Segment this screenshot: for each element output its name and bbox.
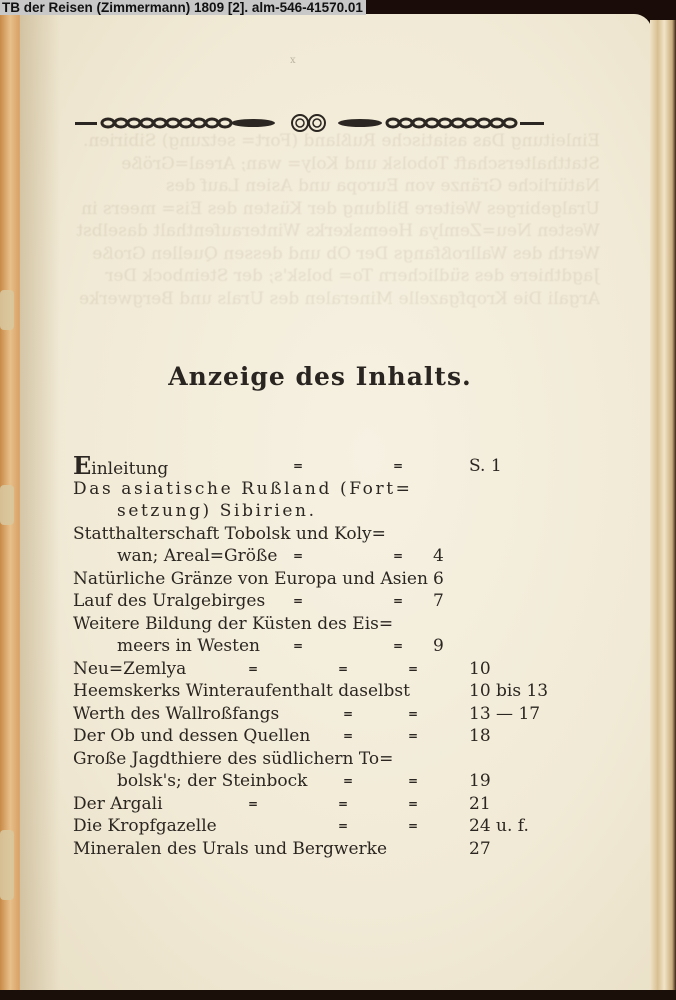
leader-mark: = [393, 635, 403, 658]
leader-mark: = [393, 455, 403, 478]
leader-mark: = [343, 703, 353, 726]
toc-entry-title: Neu=Zemlya [73, 658, 186, 681]
toc-entry: Weitere Bildung der Küsten des Eis= [73, 613, 573, 636]
toc-entry-title: bolsk's; der Steinbock [117, 770, 307, 793]
toc-entry: Statthalterschaft Tobolsk und Koly= [73, 523, 573, 546]
binding-thread [0, 485, 14, 525]
toc-entry: meers in Westen = = 9 [73, 635, 573, 658]
leader-mark: = [293, 635, 303, 658]
leader-mark: = [338, 793, 348, 816]
toc-entry-page: 18 [469, 725, 491, 748]
leader-mark: = [408, 770, 418, 793]
toc-entry: Große Jagdthiere des südlichern To= [73, 748, 573, 771]
leader-mark: = [248, 658, 258, 681]
toc-entry-page: 9 [433, 635, 444, 658]
toc-entry-title: Das asiatische Rußland (Fort= [73, 478, 413, 501]
leader-mark: = [393, 545, 403, 568]
toc-entry-page: 13 — 17 [469, 703, 540, 726]
chain-ornament-divider [75, 112, 545, 134]
toc-entry-page: 24 u. f. [469, 815, 529, 838]
leader-mark: = [408, 658, 418, 681]
toc-entry: Einleitung = = S. 1 [73, 455, 573, 478]
leader-mark: = [393, 590, 403, 613]
toc-entry-title: Große Jagdthiere des südlichern To= [73, 748, 393, 771]
toc-entry-title: Der Argali [73, 793, 163, 816]
toc-entry-page: 19 [469, 770, 491, 793]
toc-entry-title: Lauf des Uralgebirges [73, 590, 265, 613]
toc-entry-page: 4 [433, 545, 444, 568]
binding-thread [0, 830, 14, 900]
leader-mark: = [408, 725, 418, 748]
toc-entry-title: Die Kropfgazelle [73, 815, 217, 838]
toc-entry: Neu=Zemlya = = = 10 [73, 658, 573, 681]
toc-entry: Mineralen des Urals und Bergwerke 27 [73, 838, 573, 861]
toc-entry: wan; Areal=Größe = = 4 [73, 545, 573, 568]
leader-mark: = [338, 658, 348, 681]
toc-entry: Heemskerks Winteraufenthalt daselbst 10 … [73, 680, 573, 703]
toc-entry-title: setzung) Sibirien. [117, 500, 317, 523]
leader-mark: = [293, 545, 303, 568]
toc-entry-page: 6 [433, 568, 444, 591]
leader-mark: = [293, 455, 303, 478]
toc-entry-title: Werth des Wallroßfangs [73, 703, 279, 726]
bottom-edge [0, 990, 676, 1000]
toc-entry-title: Natürliche Gränze von Europa und Asien [73, 568, 428, 591]
binding-thread [0, 290, 14, 330]
toc-entry-title: wan; Areal=Größe [117, 545, 277, 568]
leader-mark: = [408, 793, 418, 816]
page-title: Anzeige des Inhalts. [150, 362, 490, 391]
toc-entry: setzung) Sibirien. [73, 500, 573, 523]
toc-entry-page: 21 [469, 793, 491, 816]
toc-entry: Die Kropfgazelle = = 24 u. f. [73, 815, 573, 838]
toc-entry: Werth des Wallroßfangs = = 13 — 17 [73, 703, 573, 726]
toc-entry: bolsk's; der Steinbock = = 19 [73, 770, 573, 793]
page-gutter-shadow [20, 14, 60, 990]
toc-entry: Natürliche Gränze von Europa und Asien 6 [73, 568, 573, 591]
toc-entry-title: meers in Westen [117, 635, 260, 658]
toc-entry-title: Statthalterschaft Tobolsk und Koly= [73, 523, 386, 546]
toc-entry: Der Ob und dessen Quellen = = 18 [73, 725, 573, 748]
toc-entry-page: 10 bis 13 [469, 680, 548, 703]
signature-mark: x [290, 55, 310, 65]
leader-mark: = [408, 703, 418, 726]
leader-mark: = [338, 815, 348, 838]
toc-entry: Das asiatische Rußland (Fort= [73, 478, 573, 501]
leader-mark: = [408, 815, 418, 838]
image-caption: TB der Reisen (Zimmermann) 1809 [2]. alm… [0, 0, 366, 15]
toc-entry-title: Heemskerks Winteraufenthalt daselbst [73, 680, 410, 703]
leader-mark: = [343, 770, 353, 793]
toc-entry-title: Der Ob und dessen Quellen [73, 725, 310, 748]
toc-entry-page: S. 1 [469, 455, 502, 478]
toc-entry-title: Mineralen des Urals und Bergwerke [73, 838, 387, 861]
leader-mark: = [248, 793, 258, 816]
toc-entry: Lauf des Uralgebirges = = 7 [73, 590, 573, 613]
toc-entry: Der Argali = = = 21 [73, 793, 573, 816]
leader-mark: = [293, 590, 303, 613]
toc-entry-page: 10 [469, 658, 491, 681]
toc-entry-page: 27 [469, 838, 491, 861]
toc-entry-page: 7 [433, 590, 444, 613]
table-of-contents: Einleitung = = S. 1 Das asiatische Rußla… [73, 455, 573, 860]
book-right-edge [650, 20, 676, 995]
toc-entry-title: Weitere Bildung der Küsten des Eis= [73, 613, 393, 636]
leader-mark: = [343, 725, 353, 748]
